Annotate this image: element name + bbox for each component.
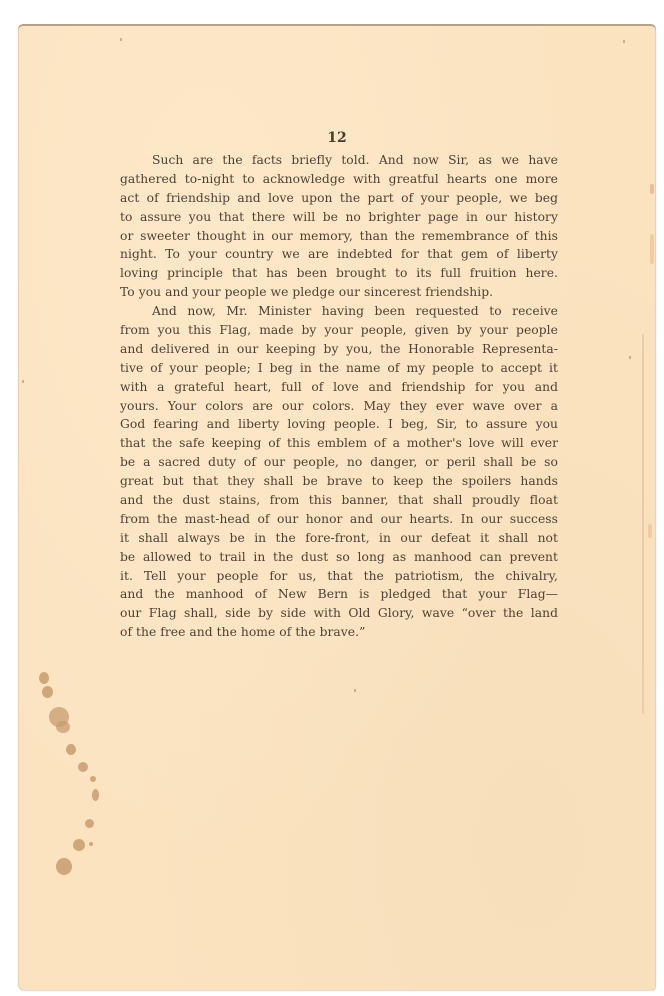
text-line: and the manhood of New Bern is pledged t…	[120, 585, 558, 604]
right-edge-crease	[642, 334, 644, 714]
document-page: 12 Such are the facts briefly told. And …	[18, 24, 656, 990]
right-edge-mark	[650, 184, 654, 194]
speck	[354, 689, 356, 692]
page-number: 12	[18, 130, 656, 146]
speck	[629, 356, 631, 359]
text-line: night. To your country we are indebted f…	[120, 245, 558, 264]
text-line: that the safe keeping of this emblem of …	[120, 434, 558, 453]
text-line: and the dust stains, from this banner, t…	[120, 491, 558, 510]
text-line: tive of your people; I beg in the name o…	[120, 359, 558, 378]
text-line: our Flag shall, side by side with Old Gl…	[120, 604, 558, 623]
text-line: be a sacred duty of our people, no dange…	[120, 453, 558, 472]
text-line: with a grateful heart, full of love and …	[120, 378, 558, 397]
text-line: from you this Flag, made by your people,…	[120, 321, 558, 340]
right-edge-mark	[650, 234, 654, 264]
text-line: from the mast-head of our honor and our …	[120, 510, 558, 529]
text-line: be allowed to trail in the dust so long …	[120, 548, 558, 567]
text-line: to assure you that there will be no brig…	[120, 208, 558, 227]
right-edge-mark	[648, 524, 652, 538]
text-line: To you and your people we pledge our sin…	[120, 283, 558, 302]
speck	[623, 40, 625, 43]
text-line: it. Tell your people for us, that the pa…	[120, 567, 558, 586]
text-line: of the free and the home of the brave.”	[120, 623, 558, 642]
text-line: yours. Your colors are our colors. May t…	[120, 397, 558, 416]
text-line: great but that they shall be brave to ke…	[120, 472, 558, 491]
speck	[120, 38, 122, 41]
text-line: gathered to-night to acknowledge with gr…	[120, 170, 558, 189]
text-line: act of friendship and love upon the part…	[120, 189, 558, 208]
text-line: and delivered in our keeping by you, the…	[120, 340, 558, 359]
text-line: it shall always be in the fore-front, in…	[120, 529, 558, 548]
text-line: And now, Mr. Minister having been reques…	[120, 302, 558, 321]
text-line: or sweeter thought in our memory, than t…	[120, 227, 558, 246]
text-line: loving principle that has been brought t…	[120, 264, 558, 283]
body-text: Such are the facts briefly told. And now…	[120, 151, 558, 642]
speck	[22, 380, 24, 383]
text-line: God fearing and liberty loving people. I…	[120, 415, 558, 434]
text-line: Such are the facts briefly told. And now…	[120, 151, 558, 170]
